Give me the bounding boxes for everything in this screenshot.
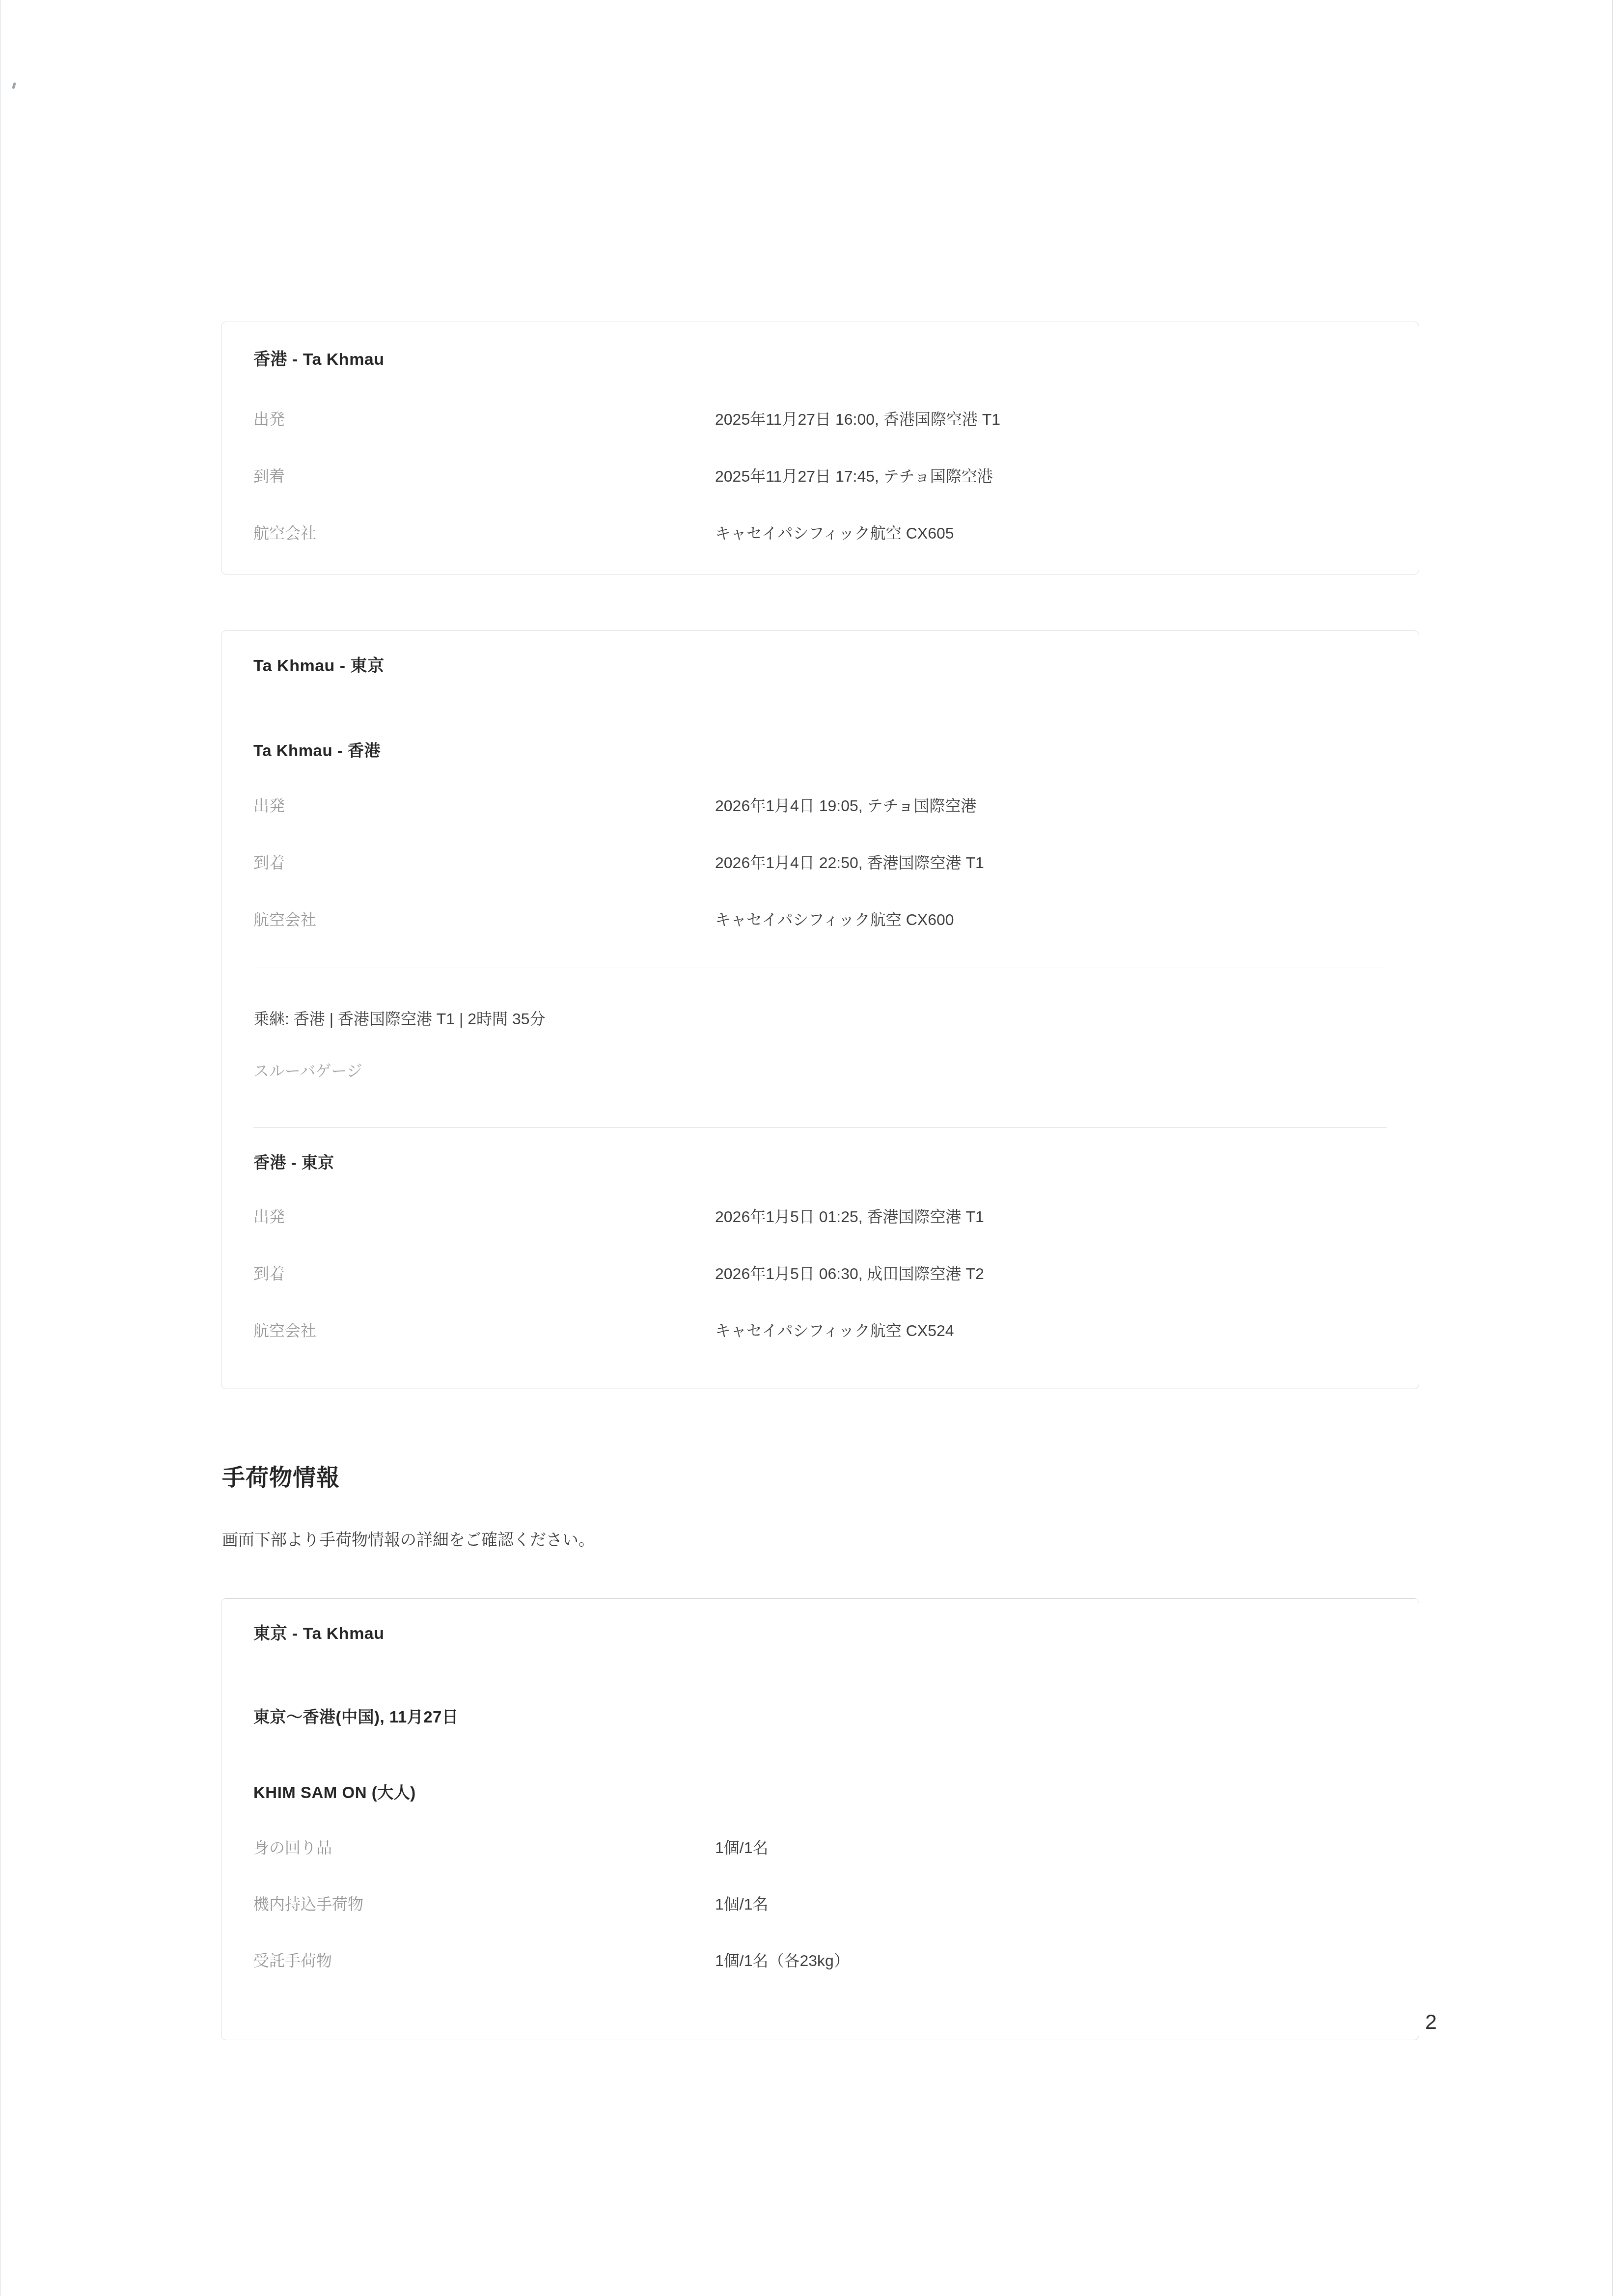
carry-on-label: 機内持込手荷物 [253, 1894, 715, 1914]
departure-label: 出発 [253, 796, 715, 816]
arrival-label: 到着 [253, 853, 715, 873]
flight-segment-card-hkg-takhmau: 香港 - Ta Khmau 出発 2025年11月27日 16:00, 香港国際… [221, 322, 1419, 574]
arrival-label: 到着 [253, 1264, 715, 1284]
scan-left-edge-shadow [0, 0, 1, 2296]
baggage-route-date: 東京〜香港(中国), 11月27日 [253, 1707, 1387, 1727]
through-baggage-note: スルーバゲージ [253, 1061, 1387, 1081]
airline-row: 航空会社 キャセイパシフィック航空 CX600 [253, 910, 1387, 929]
checked-baggage-row: 受託手荷物 1個/1名（各23kg） [253, 1951, 1387, 1970]
arrival-row: 到着 2026年1月5日 06:30, 成田国際空港 T2 [253, 1264, 1387, 1284]
airline-value: キャセイパシフィック航空 CX600 [715, 910, 1387, 929]
baggage-section-description: 画面下部より手荷物情報の詳細をご確認ください。 [222, 1527, 595, 1550]
airline-row: 航空会社 キャセイパシフィック航空 CX524 [253, 1321, 1387, 1340]
checked-baggage-value: 1個/1名（各23kg） [715, 1951, 1387, 1970]
arrival-row: 到着 2026年1月4日 22:50, 香港国際空港 T1 [253, 853, 1387, 873]
transfer-info: 乗継: 香港 | 香港国際空港 T1 | 2時間 35分 [253, 1009, 1387, 1029]
airline-value: キャセイパシフィック航空 CX605 [715, 523, 1387, 543]
airline-label: 航空会社 [253, 910, 715, 929]
flight-journey-card-takhmau-tokyo: Ta Khmau - 東京 Ta Khmau - 香港 出発 2026年1月4日… [221, 630, 1419, 1389]
arrival-label: 到着 [253, 466, 715, 486]
departure-value: 2026年1月4日 19:05, テチョ国際空港 [715, 796, 1387, 816]
baggage-card-title: 東京 - Ta Khmau [253, 1623, 1387, 1644]
divider [253, 1127, 1387, 1128]
scanned-itinerary-page: 香港 - Ta Khmau 出発 2025年11月27日 16:00, 香港国際… [0, 0, 1624, 2296]
baggage-info-card-tokyo-takhmau: 東京 - Ta Khmau 東京〜香港(中国), 11月27日 KHIM SAM… [221, 1598, 1419, 2040]
carry-on-row: 機内持込手荷物 1個/1名 [253, 1894, 1387, 1914]
journey-title: Ta Khmau - 東京 [253, 656, 1387, 677]
departure-row: 出発 2025年11月27日 16:00, 香港国際空港 T1 [253, 410, 1387, 429]
airline-label: 航空会社 [253, 1321, 715, 1340]
departure-value: 2026年1月5日 01:25, 香港国際空港 T1 [715, 1207, 1387, 1227]
departure-label: 出発 [253, 1207, 715, 1227]
leg2-subtitle: 香港 - 東京 [253, 1152, 1387, 1173]
passenger-name: KHIM SAM ON (大人) [253, 1782, 1387, 1803]
personal-item-value: 1個/1名 [715, 1838, 1387, 1858]
departure-label: 出発 [253, 410, 715, 429]
departure-value: 2025年11月27日 16:00, 香港国際空港 T1 [715, 410, 1387, 429]
personal-item-label: 身の回り品 [253, 1838, 715, 1858]
airline-value: キャセイパシフィック航空 CX524 [715, 1321, 1387, 1340]
airline-label: 航空会社 [253, 523, 715, 543]
departure-row: 出発 2026年1月4日 19:05, テチョ国際空港 [253, 796, 1387, 816]
arrival-value: 2026年1月5日 06:30, 成田国際空港 T2 [715, 1264, 1387, 1284]
departure-row: 出発 2026年1月5日 01:25, 香港国際空港 T1 [253, 1207, 1387, 1227]
airline-row: 航空会社 キャセイパシフィック航空 CX605 [253, 523, 1387, 543]
divider [253, 967, 1387, 967]
leg1-subtitle: Ta Khmau - 香港 [253, 740, 1387, 761]
arrival-value: 2026年1月4日 22:50, 香港国際空港 T1 [715, 853, 1387, 873]
baggage-section-heading: 手荷物情報 [222, 1459, 340, 1492]
checked-baggage-label: 受託手荷物 [253, 1951, 715, 1970]
scan-right-edge-shadow [1612, 0, 1613, 2296]
personal-item-row: 身の回り品 1個/1名 [253, 1838, 1387, 1858]
carry-on-value: 1個/1名 [715, 1894, 1387, 1914]
arrival-row: 到着 2025年11月27日 17:45, テチョ国際空港 [253, 466, 1387, 486]
page-number: 2 [1425, 2010, 1437, 2034]
segment-title: 香港 - Ta Khmau [253, 349, 1387, 370]
arrival-value: 2025年11月27日 17:45, テチョ国際空港 [715, 466, 1387, 486]
scan-speck [12, 82, 16, 89]
